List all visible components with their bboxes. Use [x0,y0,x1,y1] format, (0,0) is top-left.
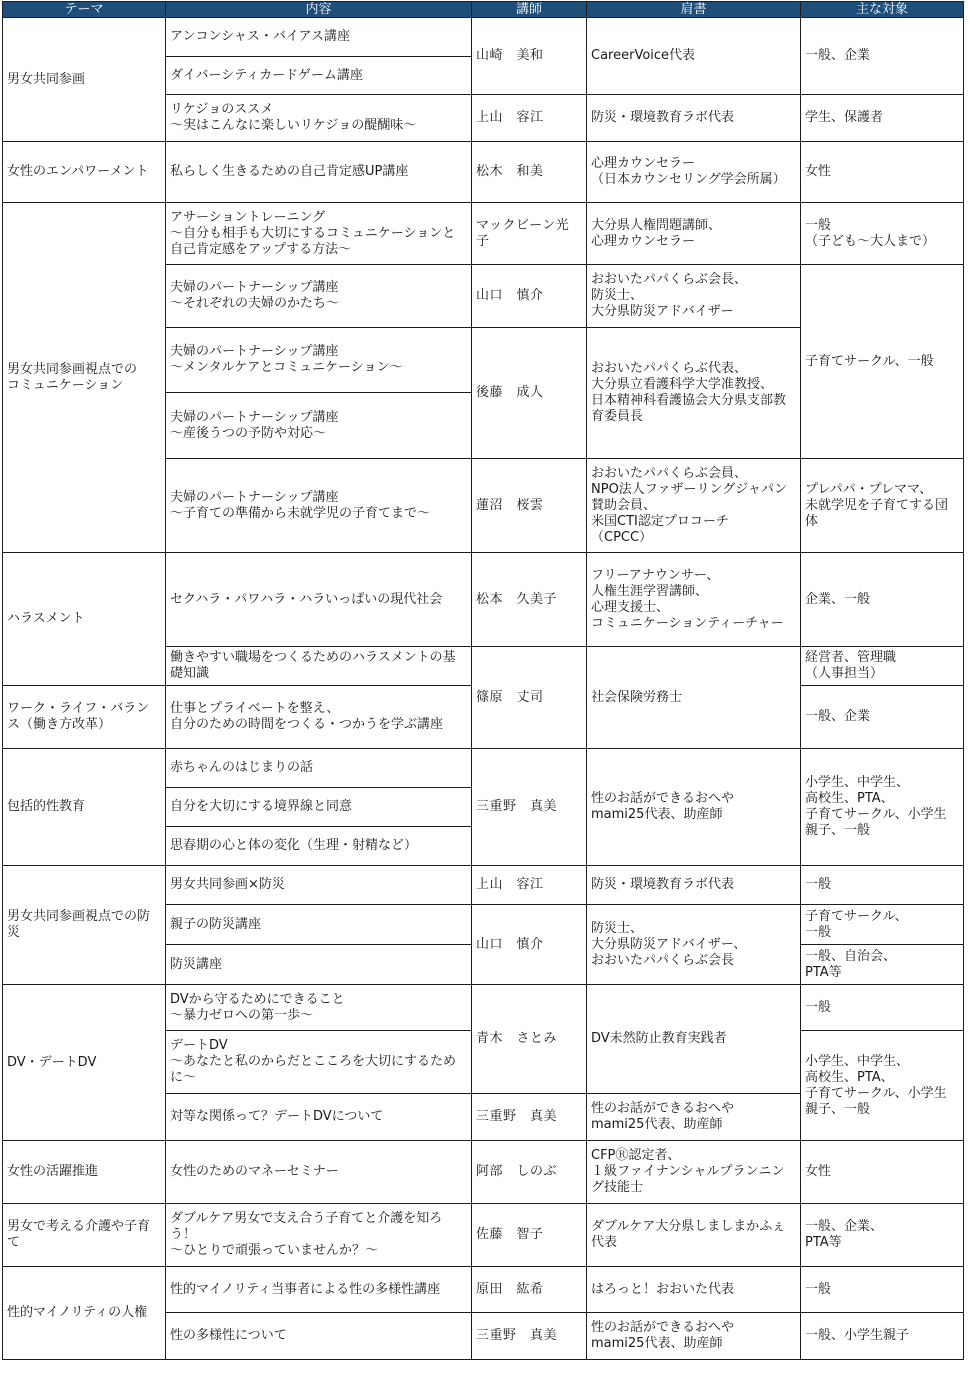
content-cell: 働きやすい職場をつくるためのハラスメントの基礎知識 [166,647,472,686]
title-cell: はろっと！おおいた代表 [587,1267,801,1313]
target-cell: 小学生、中学生、 高校生、PTA、 子育てサークル、小学生親子、一般 [801,1031,964,1141]
theme-cell: 男女共同参画 [3,18,166,142]
title-cell: 大分県人権問題講師、 心理カウンセラー [587,203,801,265]
content-cell: 性的マイノリティ当事者による性の多様性講座 [166,1267,472,1313]
content-cell: アサーショントレーニング ～自分も相手も大切にするコミュニケーションと自己肯定感… [166,203,472,265]
content-cell: 赤ちゃんのはじまりの話 [166,749,472,788]
header-target: 主な対象 [801,2,964,18]
title-cell: おおいたパパくらぶ代表、 大分県立看護科学大学准教授、 日本精神科看護協会大分県… [587,328,801,459]
header-instructor: 講師 [472,2,587,18]
target-cell: 一般、小学生親子 [801,1313,964,1360]
table-row: DV・デートDV DVから守るためにできること ～暴力ゼロへの第一歩～ 青木 さ… [3,985,964,1031]
target-cell: 一般 [801,985,964,1031]
table-header-row: テーマ 内容 講師 肩書 主な対象 [3,2,964,18]
header-content: 内容 [166,2,472,18]
theme-cell: 男女共同参画視点での防災 [3,866,166,985]
header-theme: テーマ [3,2,166,18]
instructor-cell: 山口 慎介 [472,265,587,328]
content-cell: 夫婦のパートナーシップ講座 ～それぞれの夫婦のかたち～ [166,265,472,328]
target-cell: 学生、保護者 [801,95,964,142]
theme-cell: 男女共同参画視点での コミュニケーション [3,203,166,553]
target-cell: 一般、企業 [801,686,964,749]
theme-cell: 包括的性教育 [3,749,166,866]
instructor-cell: 上山 容江 [472,866,587,905]
target-cell: 経営者、管理職 （人事担当） [801,647,964,686]
content-cell: ダイバーシティカードゲーム講座 [166,57,472,95]
target-cell: プレパパ・プレママ、 未就学児を子育てする団体 [801,459,964,553]
table-row: ハラスメント セクハラ・パワハラ・ハラいっぱいの現代社会 松本 久美子 フリーア… [3,553,964,647]
instructor-cell: 三重野 真美 [472,1094,587,1141]
instructor-cell: 山崎 美和 [472,18,587,95]
table-row: 男女共同参画視点での コミュニケーション アサーショントレーニング ～自分も相手… [3,203,964,265]
target-cell: 一般、自治会、 PTA等 [801,945,964,985]
theme-cell: 男女で考える介護や子育て [3,1204,166,1267]
title-cell: フリーアナウンサー、 人権生涯学習講師、 心理支援士、 コミュニケーションティー… [587,553,801,647]
instructor-cell: 松木 和美 [472,142,587,203]
theme-cell: DV・デートDV [3,985,166,1141]
content-cell: 仕事とプライベートを整え、 自分のための時間をつくる・つかうを学ぶ講座 [166,686,472,749]
target-cell: 企業、一般 [801,553,964,647]
target-cell: 小学生、中学生、 高校生、PTA、 子育てサークル、小学生親子、一般 [801,749,964,866]
content-cell: アンコンシャス・バイアス講座 [166,18,472,57]
instructor-cell: 松本 久美子 [472,553,587,647]
content-cell: 女性のためのマネーセミナー [166,1141,472,1204]
instructor-cell: 三重野 真美 [472,749,587,866]
table-row: 女性の活躍推進 女性のためのマネーセミナー 阿部 しのぶ CFPⓇ認定者、 １級… [3,1141,964,1204]
title-cell: 性のお話ができるおへや mami25代表、助産師 [587,1094,801,1141]
instructor-cell: 山口 慎介 [472,905,587,985]
table-row: 男女共同参画視点での防災 男女共同参画×防災 上山 容江 防災・環境教育ラボ代表… [3,866,964,905]
target-cell: 女性 [801,142,964,203]
table-row: 男女共同参画 アンコンシャス・バイアス講座 山崎 美和 CareerVoice代… [3,18,964,57]
target-cell: 子育てサークル、 一般 [801,905,964,945]
table-row: 男女で考える介護や子育て ダブルケア男女で支え合う子育てと介護を知ろう！ ～ひと… [3,1204,964,1267]
theme-cell: ハラスメント [3,553,166,686]
content-cell: 自分を大切にする境界線と同意 [166,788,472,827]
instructor-cell: 佐藤 智子 [472,1204,587,1267]
target-cell: 一般 （子ども～大人まで） [801,203,964,265]
theme-cell: 女性の活躍推進 [3,1141,166,1204]
title-cell: DV未然防止教育実践者 [587,985,801,1094]
content-cell: 思春期の心と体の変化（生理・射精など） [166,827,472,866]
content-cell: 私らしく生きるための自己肯定感UP講座 [166,142,472,203]
title-cell: ダブルケア大分県しましまかふぇ代表 [587,1204,801,1267]
lecture-catalog-table: テーマ 内容 講師 肩書 主な対象 男女共同参画 アンコンシャス・バイアス講座 … [2,1,964,1360]
title-cell: 社会保険労務士 [587,647,801,749]
title-cell: おおいたパパくらぶ会員、 NPO法人ファザーリングジャパン賛助会員、 米国CTI… [587,459,801,553]
target-cell: 子育てサークル、一般 [801,265,964,459]
content-cell: 防災講座 [166,945,472,985]
content-cell: 夫婦のパートナーシップ講座 ～子育ての準備から未就学児の子育てまで～ [166,459,472,553]
title-cell: 防災・環境教育ラボ代表 [587,866,801,905]
title-cell: 性のお話ができるおへや mami25代表、助産師 [587,1313,801,1360]
title-cell: おおいたパパくらぶ会長、 防災士、 大分県防災アドバイザー [587,265,801,328]
content-cell: 性の多様性について [166,1313,472,1360]
instructor-cell: 後藤 成人 [472,328,587,459]
target-cell: 女性 [801,1141,964,1204]
content-cell: 親子の防災講座 [166,905,472,945]
content-cell: 夫婦のパートナーシップ講座 ～産後うつの予防や対応～ [166,393,472,459]
content-cell: 対等な関係って？デートDVについて [166,1094,472,1141]
theme-cell: 女性のエンパワーメント [3,142,166,203]
title-cell: 心理カウンセラー （日本カウンセリング学会所属） [587,142,801,203]
table-row: 包括的性教育 赤ちゃんのはじまりの話 三重野 真美 性のお話ができるおへや ma… [3,749,964,788]
instructor-cell: マックビーン光子 [472,203,587,265]
content-cell: リケジョのススメ ～実はこんなに楽しいリケジョの醍醐味～ [166,95,472,142]
table-row: 女性のエンパワーメント 私らしく生きるための自己肯定感UP講座 松木 和美 心理… [3,142,964,203]
table-row: 性的マイノリティの人権 性的マイノリティ当事者による性の多様性講座 原田 紘希 … [3,1267,964,1313]
content-cell: セクハラ・パワハラ・ハラいっぱいの現代社会 [166,553,472,647]
title-cell: 防災士、 大分県防災アドバイザー、 おおいたパパくらぶ会長 [587,905,801,985]
instructor-cell: 阿部 しのぶ [472,1141,587,1204]
instructor-cell: 上山 容江 [472,95,587,142]
content-cell: デートDV ～あなたと私のからだとこころを大切にするために～ [166,1031,472,1094]
content-cell: 男女共同参画×防災 [166,866,472,905]
theme-cell: ワーク・ライフ・バランス（働き方改革） [3,686,166,749]
target-cell: 一般 [801,1267,964,1313]
instructor-cell: 青木 さとみ [472,985,587,1094]
content-cell: ダブルケア男女で支え合う子育てと介護を知ろう！ ～ひとりで頑張っていませんか？～ [166,1204,472,1267]
instructor-cell: 蓮沼 桜雲 [472,459,587,553]
theme-cell: 性的マイノリティの人権 [3,1267,166,1360]
title-cell: 防災・環境教育ラボ代表 [587,95,801,142]
target-cell: 一般、企業 [801,18,964,95]
instructor-cell: 原田 紘希 [472,1267,587,1313]
content-cell: DVから守るためにできること ～暴力ゼロへの第一歩～ [166,985,472,1031]
target-cell: 一般 [801,866,964,905]
target-cell: 一般、企業、 PTA等 [801,1204,964,1267]
content-cell: 夫婦のパートナーシップ講座 ～メンタルケアとコミュニケーション～ [166,328,472,393]
instructor-cell: 篠原 丈司 [472,647,587,749]
title-cell: CareerVoice代表 [587,18,801,95]
header-title: 肩書 [587,2,801,18]
instructor-cell: 三重野 真美 [472,1313,587,1360]
title-cell: CFPⓇ認定者、 １級ファイナンシャルプランニング技能士 [587,1141,801,1204]
title-cell: 性のお話ができるおへや mami25代表、助産師 [587,749,801,866]
